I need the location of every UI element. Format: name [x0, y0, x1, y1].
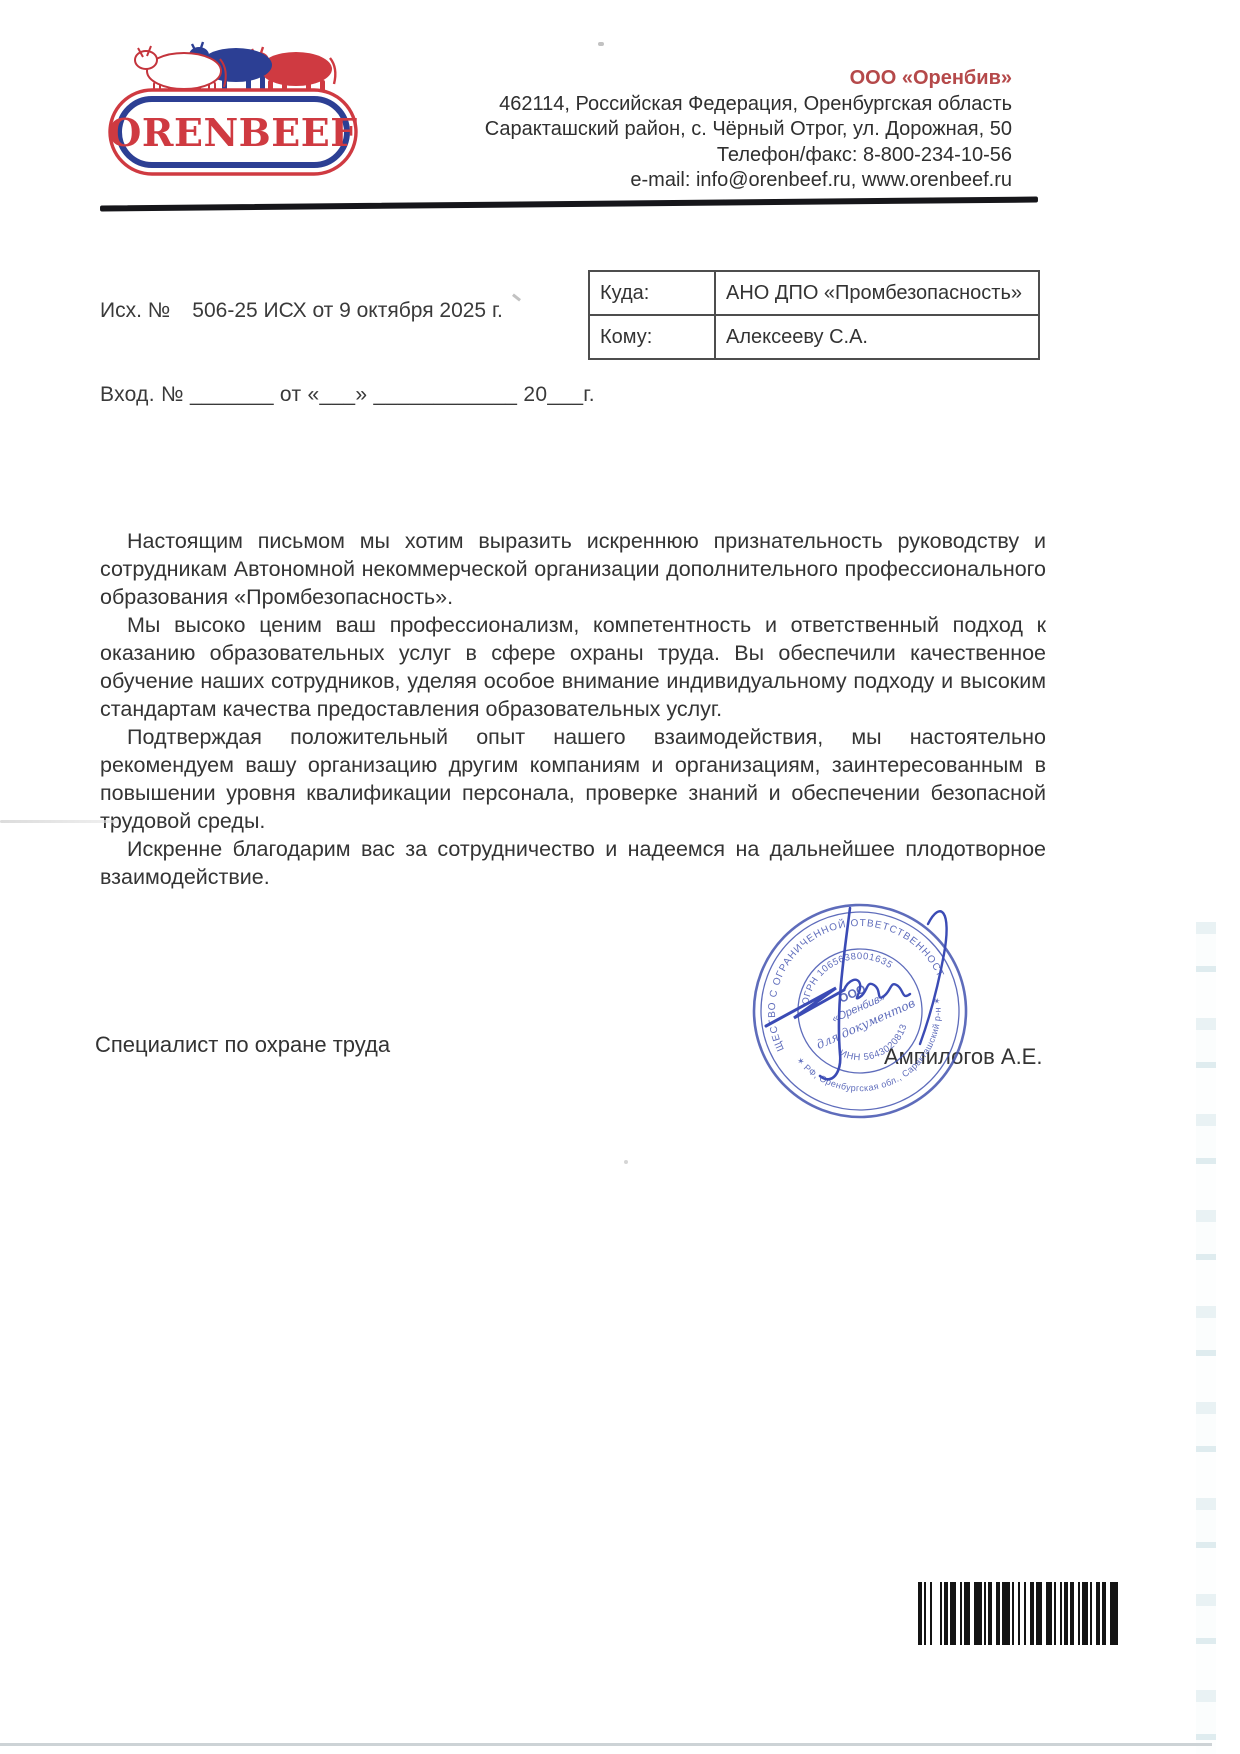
signature-icon: [732, 876, 988, 1126]
barcode-gap: [1118, 1582, 1120, 1645]
table-row: Куда: АНО ДПО «Промбезопасность»: [589, 271, 1039, 315]
scan-bottom-line-artifact: [0, 1743, 1212, 1746]
outgoing-number-label: Исх. №: [100, 299, 170, 322]
barcode-bar: [1002, 1582, 1010, 1645]
scan-edge-artifact: [1196, 922, 1216, 1754]
recipient-to-value: АНО ДПО «Промбезопасность»: [715, 271, 1039, 315]
scan-speck: [512, 294, 521, 302]
signature-position-title: Специалист по охране труда: [95, 1032, 390, 1058]
recipient-table: Куда: АНО ДПО «Промбезопасность» Кому: А…: [588, 270, 1040, 360]
letterhead-contact-block: ООО «Оренбив» 462114, Российская Федерац…: [420, 66, 1012, 194]
scanned-letter-page: { "letterhead": { "logo_text": "ORENBEEF…: [0, 0, 1240, 1754]
body-paragraph: Настоящим письмом мы хотим выразить искр…: [100, 527, 1046, 611]
barcode-gap: [932, 1582, 940, 1645]
scan-squiggle-artifact: [0, 820, 118, 823]
letter-body: Настоящим письмом мы хотим выразить искр…: [100, 527, 1046, 891]
address-line-2: Саракташский район, с. Чёрный Отрог, ул.…: [420, 117, 1012, 143]
barcode-bar: [974, 1582, 982, 1645]
logo-wordmark: ORENBEEF: [108, 110, 357, 155]
table-row: Кому: Алексееву С.А.: [589, 315, 1039, 359]
recipient-whom-label: Кому:: [589, 315, 715, 359]
barcode-bar: [1110, 1582, 1118, 1645]
company-name: ООО «Оренбив»: [420, 66, 1012, 92]
scan-speck: [624, 1160, 628, 1164]
body-paragraph: Мы высоко ценим ваш профессионализм, ком…: [100, 611, 1046, 723]
outgoing-number-line: Исх. №506-25 ИСХ от 9 октября 2025 г.: [100, 299, 503, 323]
scan-speck: [598, 42, 604, 46]
signature-scribble: [732, 876, 988, 1126]
phone-line: Телефон/факс: 8-800-234-10-56: [420, 143, 1012, 169]
recipient-to-label: Куда:: [589, 271, 715, 315]
letterhead-logo: ORENBEEF: [106, 36, 360, 178]
recipient-whom-value: Алексееву С.А.: [715, 315, 1039, 359]
orenbeef-badge: ORENBEEF: [108, 90, 357, 174]
barcode: [918, 1582, 1124, 1645]
letterhead-divider-rule: [100, 196, 1038, 211]
outgoing-number-value: 506-25 ИСХ от 9 октября 2025 г.: [192, 299, 503, 322]
address-line-1: 462114, Российская Федерация, Оренбургск…: [420, 92, 1012, 118]
orenbeef-logo-icon: ORENBEEF: [106, 36, 360, 178]
email-line: e-mail: info@orenbeef.ru, www.orenbeef.r…: [420, 168, 1012, 194]
body-paragraph: Подтверждая положительный опыт нашего вз…: [100, 723, 1046, 835]
incoming-number-line: Вход. № _______ от «___» ____________ 20…: [100, 383, 595, 407]
